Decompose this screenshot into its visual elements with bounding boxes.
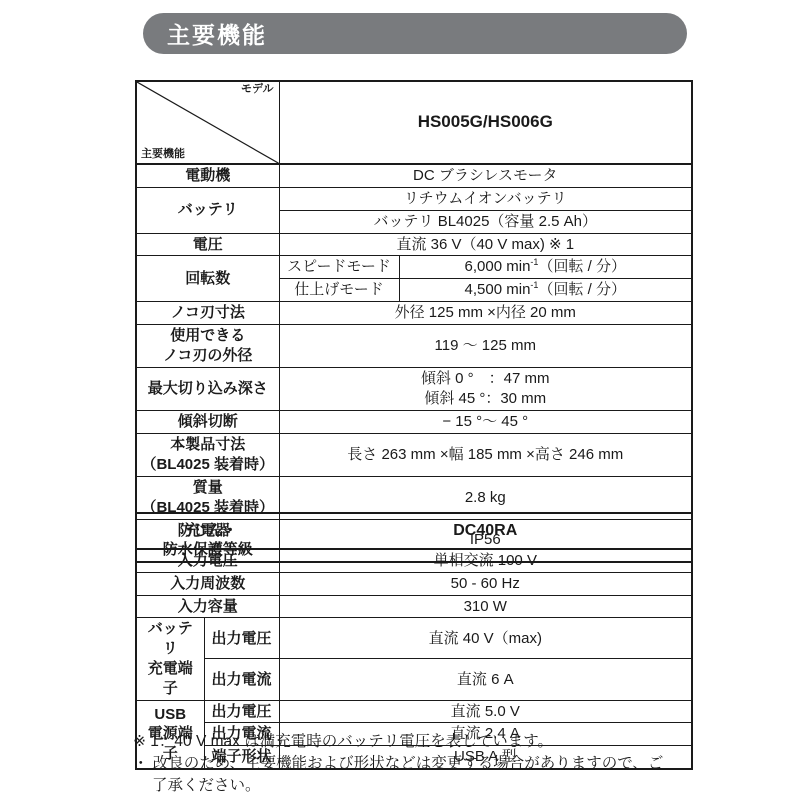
- row-label-motor: 電動機: [136, 164, 279, 187]
- table-row: 入力周波数 50 - 60 Hz: [136, 572, 692, 595]
- footnote-1: ※ 1：40 V max は満充電時のバッテリ電圧を表しています。: [133, 731, 693, 753]
- row-label-voltage: 電圧: [136, 233, 279, 256]
- table-row: 最大切り込み深さ 傾斜 0 ° ：47 mm 傾斜 45 °：30 mm: [136, 367, 692, 410]
- rpm-unit-text: （回転 / 分）: [538, 258, 626, 275]
- corner-header-cell: モデル 主要機能: [136, 81, 279, 164]
- table-row: 入力電圧 単相交流 100 V: [136, 549, 692, 572]
- table-row: USB 電源端子 出力電圧 直流 5.0 V: [136, 700, 692, 723]
- row-label-bevel: 傾斜切断: [136, 410, 279, 433]
- table-row: ノコ刃寸法 外径 125 mm ×内径 20 mm: [136, 301, 692, 324]
- row-label-rpm: 回転数: [136, 256, 279, 302]
- usb-output-voltage-label: 出力電圧: [204, 700, 279, 723]
- row-label-input-capacity: 入力容量: [136, 595, 279, 618]
- table-row: 電圧 直流 36 V（40 V max) ※ 1: [136, 233, 692, 256]
- model-name: HS005G/HS006G: [279, 81, 692, 164]
- row-value-blade-size: 外径 125 mm ×内径 20 mm: [279, 301, 692, 324]
- footnotes: ※ 1：40 V max は満充電時のバッテリ電圧を表しています。 ・ 改良のた…: [133, 731, 693, 797]
- row-value-max-depth: 傾斜 0 ° ：47 mm 傾斜 45 °：30 mm: [279, 367, 692, 410]
- row-label-charger: 充電器: [136, 513, 279, 549]
- row-value-motor: DC ブラシレスモータ: [279, 164, 692, 187]
- footnote-2: ・ 改良のため、主要機能および形状などは変更する場合がありますので、ご 了承くだ…: [133, 753, 693, 797]
- rpm-unit-text: （回転 / 分）: [538, 281, 626, 298]
- speed-mode-label: スピードモード: [279, 256, 399, 279]
- rpm-value-text: 4,500 min: [465, 281, 531, 298]
- usb-output-voltage-value: 直流 5.0 V: [279, 700, 692, 723]
- finish-mode-value: 4,500 min-1（回転 / 分）: [399, 279, 692, 302]
- row-value-voltage: 直流 36 V（40 V max) ※ 1: [279, 233, 692, 256]
- battery-output-current-value: 直流 6 A: [279, 659, 692, 700]
- row-label-max-depth: 最大切り込み深さ: [136, 367, 279, 410]
- table-row: バッテリ リチウムイオンバッテリ: [136, 187, 692, 210]
- table-row: 本製品寸法 （BL4025 装着時） 長さ 263 mm ×幅 185 mm ×…: [136, 433, 692, 476]
- table-row: バッテリ 充電端子 出力電圧 直流 40 V（max): [136, 618, 692, 659]
- row-value-usable-blade: 119 ～ 125 mm: [279, 324, 692, 367]
- row-label-input-voltage: 入力電圧: [136, 549, 279, 572]
- table-row: 充電器 DC40RA: [136, 513, 692, 549]
- row-value-battery-model: バッテリ BL4025（容量 2.5 Ah）: [279, 210, 692, 233]
- row-value-dimensions: 長さ 263 mm ×幅 185 mm ×高さ 246 mm: [279, 433, 692, 476]
- table-row: 傾斜切断 − 15 °～ 45 °: [136, 410, 692, 433]
- main-spec-table: モデル 主要機能 HS005G/HS006G 電動機 DC ブラシレスモータ バ…: [135, 80, 693, 563]
- finish-mode-label: 仕上げモード: [279, 279, 399, 302]
- speed-mode-value: 6,000 min-1（回転 / 分）: [399, 256, 692, 279]
- page-title: 主要機能: [143, 17, 267, 50]
- table-row: 回転数 スピードモード 6,000 min-1（回転 / 分）: [136, 256, 692, 279]
- charger-model-name: DC40RA: [279, 513, 692, 549]
- row-label-battery-terminal: バッテリ 充電端子: [136, 618, 204, 700]
- table-row: 入力容量 310 W: [136, 595, 692, 618]
- corner-feature-label: 主要機能: [141, 149, 185, 160]
- table-row: 電動機 DC ブラシレスモータ: [136, 164, 692, 187]
- row-value-battery-type: リチウムイオンバッテリ: [279, 187, 692, 210]
- battery-output-voltage-value: 直流 40 V（max): [279, 618, 692, 659]
- row-value-bevel: − 15 °～ 45 °: [279, 410, 692, 433]
- table-row: モデル 主要機能 HS005G/HS006G: [136, 81, 692, 164]
- battery-output-voltage-label: 出力電圧: [204, 618, 279, 659]
- row-label-usable-blade: 使用できる ノコ刃の外径: [136, 324, 279, 367]
- row-value-input-capacity: 310 W: [279, 595, 692, 618]
- spec-sheet-page: 主要機能 モデル 主要機能 HS005G/HS006G 電動機 DC ブラシレス…: [0, 0, 800, 800]
- rpm-value-text: 6,000 min: [465, 258, 531, 275]
- row-value-input-frequency: 50 - 60 Hz: [279, 572, 692, 595]
- page-title-pill: 主要機能: [143, 13, 687, 54]
- row-label-battery: バッテリ: [136, 187, 279, 233]
- battery-output-current-label: 出力電流: [204, 659, 279, 700]
- table-row: 使用できる ノコ刃の外径 119 ～ 125 mm: [136, 324, 692, 367]
- row-label-dimensions: 本製品寸法 （BL4025 装着時）: [136, 433, 279, 476]
- row-value-input-voltage: 単相交流 100 V: [279, 549, 692, 572]
- row-label-input-frequency: 入力周波数: [136, 572, 279, 595]
- row-label-blade-size: ノコ刃寸法: [136, 301, 279, 324]
- table-row: 出力電流 直流 6 A: [136, 659, 692, 700]
- corner-model-label: モデル: [241, 84, 273, 95]
